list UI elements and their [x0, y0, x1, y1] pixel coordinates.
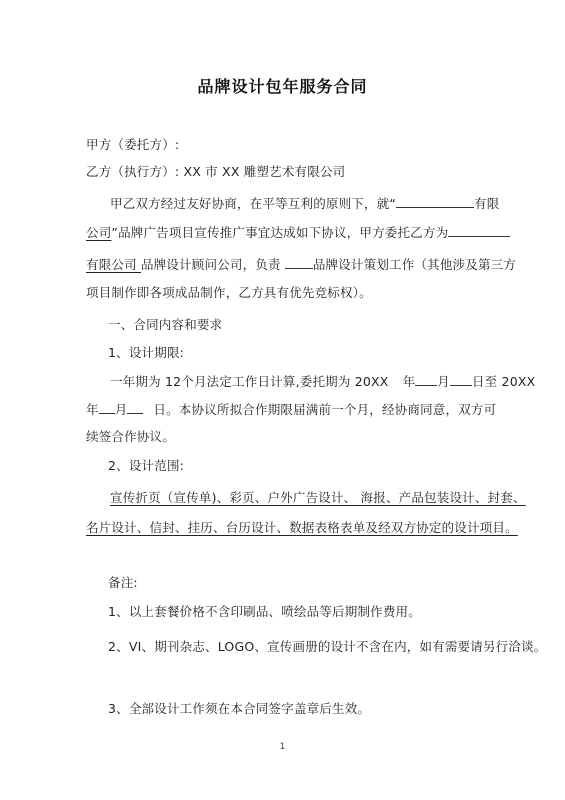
party-a-label: 甲方（委托方）:	[86, 137, 179, 153]
scope-line-2: 名片设计、信封、挂历、台历设计、数据表格表单及经双方协定的设计项目。	[86, 520, 518, 536]
design-scope-label: 2、设计范围:	[108, 458, 184, 474]
term-line-1: 一年期为 12个月法定工作日计算,委托期为 20XX年月日至 20XX	[110, 373, 535, 390]
note-item-1: 1、以上套餐价格不含印刷品、喷绘品等后期制作费用。	[108, 604, 421, 620]
term-start-day-label: 日至 20XX	[472, 374, 535, 389]
intro-line3-underlined: 有限公司	[86, 257, 141, 272]
consultant-name-blank	[448, 224, 510, 237]
scope-blank	[285, 256, 313, 269]
intro-line2-underlined: 公司	[86, 225, 111, 240]
document-page: 品牌设计包年服务合同 甲方（委托方）: 乙方（执行方）: XX 市 XX 雕塑艺…	[0, 0, 565, 800]
party-b-label: 乙方（执行方）: XX 市 XX 雕塑艺术有限公司	[86, 164, 345, 180]
start-day-blank	[450, 373, 472, 386]
page-number: 1	[0, 742, 565, 752]
term-end-month-label: 月	[115, 402, 128, 417]
intro-line-2: 公司”品牌广告项目宣传推广事宜达成如下协议，甲方委托乙方为	[86, 224, 510, 241]
term-line-3: 续签合作协议。	[86, 429, 175, 445]
scope-line-1: 宣传折页（宣传单)、彩页、户外广告设计、 海报、产品包装设计、封套、	[110, 490, 526, 506]
term-line2-rest: 日。本协议所拟合作期限届满前一个月，经协商同意，双方可	[153, 402, 496, 417]
document-title: 品牌设计包年服务合同	[0, 74, 565, 97]
note-item-3: 3、全部设计工作须在本合同签字盖章后生效。	[108, 701, 370, 717]
intro-line2-text: ”品牌广告项目宣传推广事宜达成如下协议，甲方委托乙方为	[111, 225, 448, 240]
term-start-year-label: 年	[403, 374, 416, 389]
intro-line-4: 项目制作即各项成品制作，乙方具有优先竞标权）。	[86, 285, 372, 301]
intro-line3-text-b: 品牌设计策划工作（其他涉及第三方	[313, 257, 516, 272]
end-day-blank	[127, 401, 143, 414]
intro-line3-text-a: 品牌设计顾问公司，负责	[141, 257, 285, 272]
intro-line1-prefix: 甲乙双方经过友好协商，在平等互利的原则下，就“	[110, 196, 396, 211]
term-line1-a: 一年期为 12个月法定工作日计算,委托期为 20XX	[110, 374, 389, 389]
start-month-blank	[415, 373, 437, 386]
term-end-year-label: 年	[86, 402, 99, 417]
intro-line-3: 有限公司 品牌设计顾问公司，负责 品牌设计策划工作（其他涉及第三方	[86, 256, 516, 273]
term-line-2: 年月日。本协议所拟合作期限届满前一个月，经协商同意，双方可	[86, 401, 496, 418]
note-item-2: 2、VI、期刊杂志、LOGO、宣传画册的设计不含在内，如有需要请另行洽谈。	[108, 639, 546, 655]
intro-line1-suffix: 有限	[474, 196, 499, 211]
intro-line-1: 甲乙双方经过友好协商，在平等互利的原则下，就“有限	[110, 195, 499, 212]
term-start-month-label: 月	[437, 374, 450, 389]
design-term-label: 1、设计期限:	[108, 345, 184, 361]
notes-heading: 备注:	[108, 575, 138, 591]
section-1-heading: 一、合同内容和要求	[108, 317, 222, 333]
client-name-blank	[396, 195, 474, 208]
end-month-blank	[99, 401, 115, 414]
